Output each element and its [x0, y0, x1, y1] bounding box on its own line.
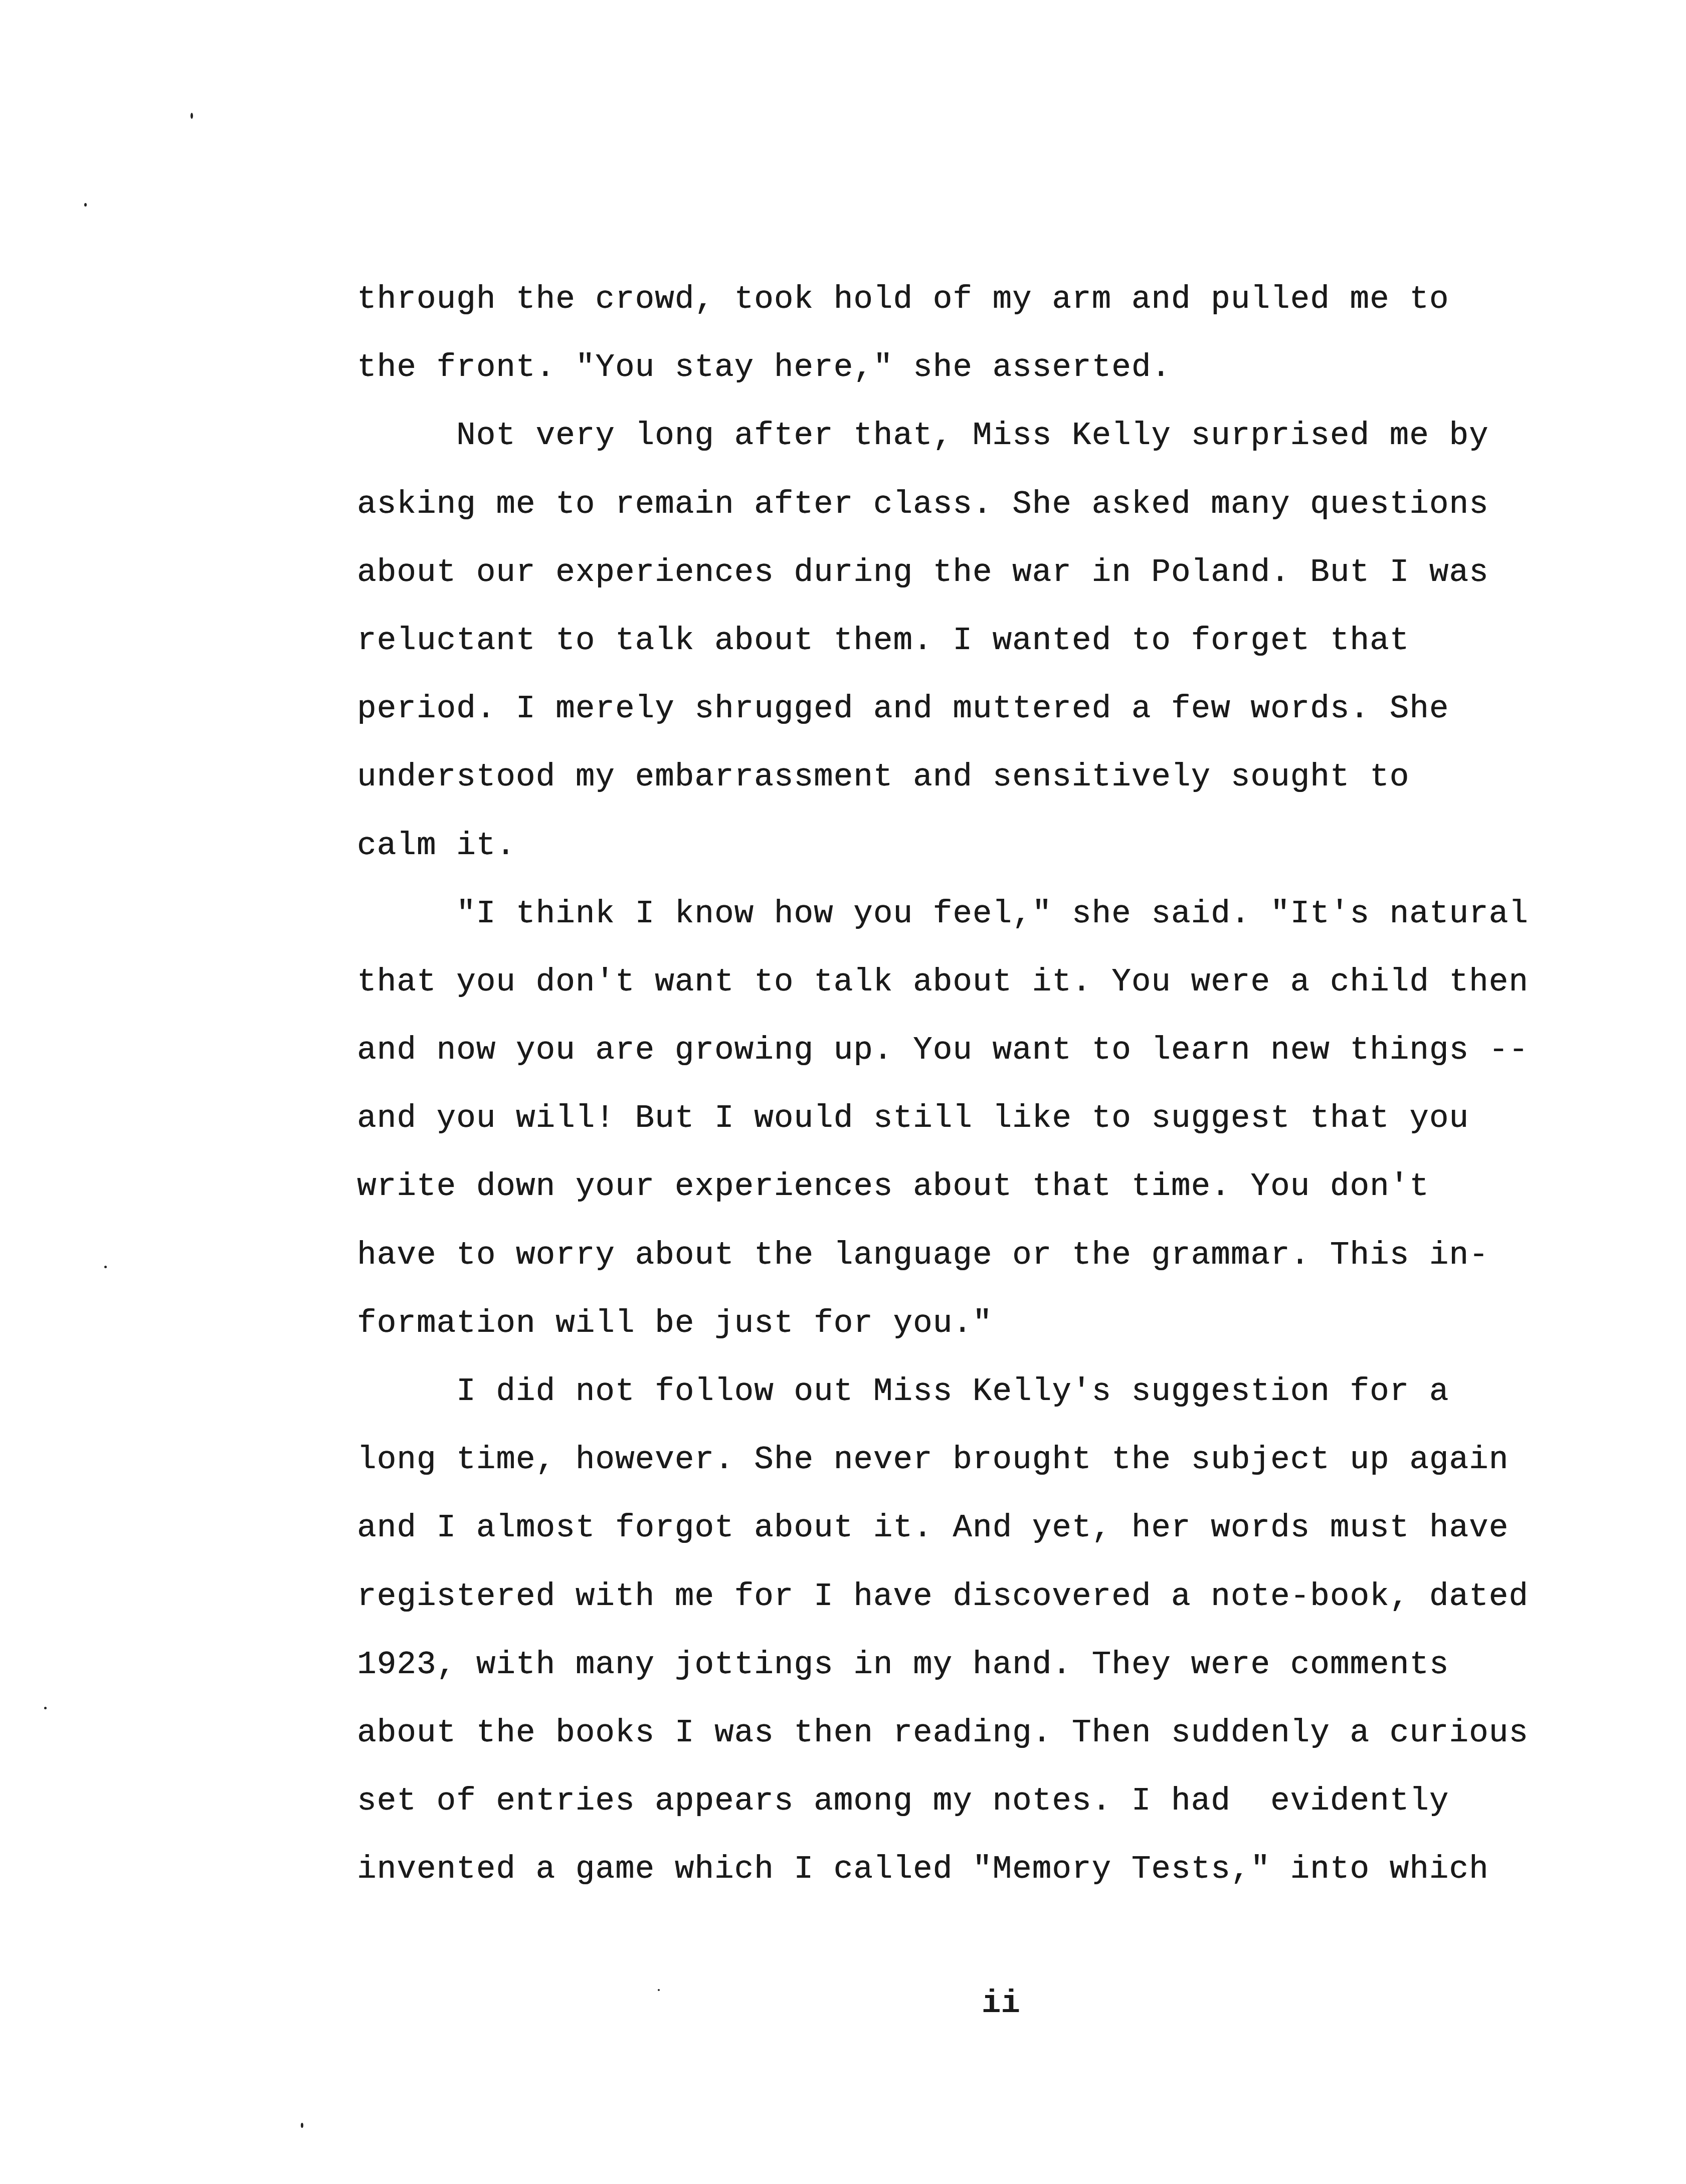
text-line: asking me to remain after class. She ask… — [357, 480, 1600, 548]
text-line: I did not follow out Miss Kelly's sugges… — [357, 1367, 1600, 1435]
text-line: reluctant to talk about them. I wanted t… — [357, 616, 1600, 684]
text-line: the front. "You stay here," she asserted… — [357, 343, 1600, 411]
scan-speck — [658, 1989, 660, 1991]
text-line: Not very long after that, Miss Kelly sur… — [357, 411, 1600, 479]
text-line: registered with me for I have discovered… — [357, 1572, 1600, 1640]
text-line: calm it. — [357, 821, 1600, 889]
text-line: about the books I was then reading. Then… — [357, 1708, 1600, 1776]
text-line: set of entries appears among my notes. I… — [357, 1776, 1600, 1845]
text-line: and I almost forgot about it. And yet, h… — [357, 1503, 1600, 1571]
scan-speck — [84, 203, 87, 207]
text-line: understood my embarrassment and sensitiv… — [357, 752, 1600, 821]
text-line: formation will be just for you." — [357, 1299, 1600, 1367]
text-line: that you don't want to talk about it. Yo… — [357, 957, 1600, 1026]
scan-speck — [191, 113, 193, 119]
text-line: have to worry about the language or the … — [357, 1231, 1600, 1299]
text-line: about our experiences during the war in … — [357, 548, 1600, 616]
body-text: through the crowd, took hold of my arm a… — [357, 275, 1600, 1913]
scan-speck — [44, 1707, 47, 1709]
typewritten-page: through the crowd, took hold of my arm a… — [0, 0, 1686, 2184]
text-line: "I think I know how you feel," she said.… — [357, 889, 1600, 957]
text-line: and you will! But I would still like to … — [357, 1094, 1600, 1162]
scan-speck — [104, 1266, 107, 1268]
text-line: write down your experiences about that t… — [357, 1162, 1600, 1230]
page-number: ii — [982, 1979, 1020, 2029]
text-line: through the crowd, took hold of my arm a… — [357, 275, 1600, 343]
scan-speck — [301, 2123, 303, 2128]
text-line: long time, however. She never brought th… — [357, 1435, 1600, 1503]
text-line: and now you are growing up. You want to … — [357, 1026, 1600, 1094]
text-line: period. I merely shrugged and muttered a… — [357, 684, 1600, 752]
text-line: 1923, with many jottings in my hand. The… — [357, 1640, 1600, 1708]
text-line: invented a game which I called "Memory T… — [357, 1845, 1600, 1913]
